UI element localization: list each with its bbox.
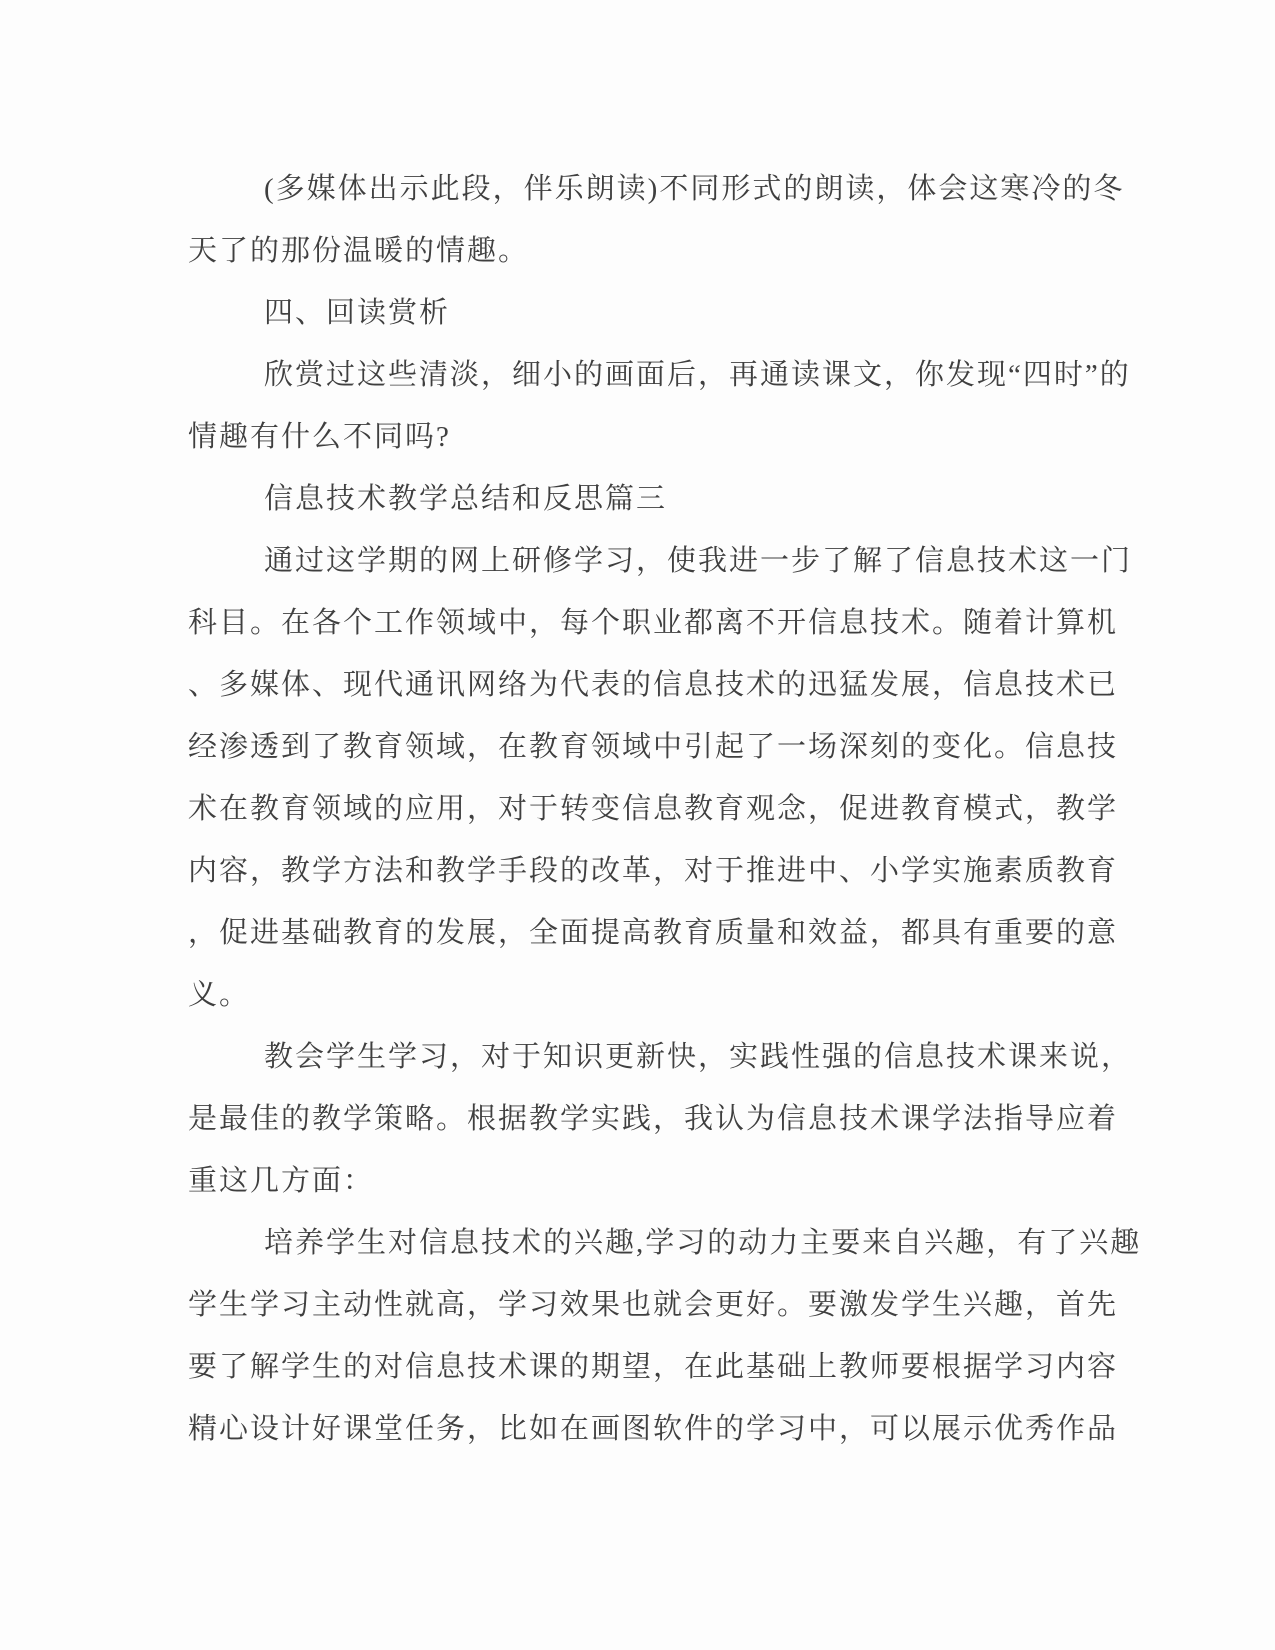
text-line: 天了的那份温暖的情趣。: [188, 220, 1098, 282]
text-line: 、多媒体、现代通讯网络为代表的信息技术的迅猛发展，信息技术已: [188, 654, 1098, 716]
text-line: 是最佳的教学策略。根据教学实践，我认为信息技术课学法指导应着: [188, 1088, 1098, 1150]
text-line: 学生学习主动性就高，学习效果也就会更好。要激发学生兴趣，首先: [188, 1274, 1098, 1336]
text-line: 科目。在各个工作领域中，每个职业都离不开信息技术。随着计算机: [188, 592, 1098, 654]
text-line: 通过这学期的网上研修学习，使我进一步了解了信息技术这一门: [188, 530, 1098, 592]
text-line: 四、回读赏析: [188, 282, 1098, 344]
text-line: 经渗透到了教育领域，在教育领域中引起了一场深刻的变化。信息技: [188, 716, 1098, 778]
text-line: 情趣有什么不同吗?: [188, 406, 1098, 468]
text-line: 要了解学生的对信息技术课的期望，在此基础上教师要根据学习内容: [188, 1336, 1098, 1398]
text-line: (多媒体出示此段，伴乐朗读)不同形式的朗读，体会这寒冷的冬: [188, 158, 1098, 220]
document-page: (多媒体出示此段，伴乐朗读)不同形式的朗读，体会这寒冷的冬 天了的那份温暖的情趣…: [0, 0, 1275, 1650]
text-line: 术在教育领域的应用，对于转变信息教育观念，促进教育模式，教学: [188, 778, 1098, 840]
document-text-block: (多媒体出示此段，伴乐朗读)不同形式的朗读，体会这寒冷的冬 天了的那份温暖的情趣…: [188, 158, 1098, 1460]
text-line: 欣赏过这些清淡，细小的画面后，再通读课文，你发现“四时”的: [188, 344, 1098, 406]
text-line: 内容，教学方法和教学手段的改革，对于推进中、小学实施素质教育: [188, 840, 1098, 902]
text-line: 培养学生对信息技术的兴趣,学习的动力主要来自兴趣，有了兴趣: [188, 1212, 1098, 1274]
text-line: 信息技术教学总结和反思篇三: [188, 468, 1098, 530]
text-line: 教会学生学习，对于知识更新快，实践性强的信息技术课来说，: [188, 1026, 1098, 1088]
text-line: 精心设计好课堂任务，比如在画图软件的学习中，可以展示优秀作品: [188, 1398, 1098, 1460]
text-line: 义。: [188, 964, 1098, 1026]
text-line: ，促进基础教育的发展，全面提高教育质量和效益，都具有重要的意: [188, 902, 1098, 964]
text-line: 重这几方面：: [188, 1150, 1098, 1212]
